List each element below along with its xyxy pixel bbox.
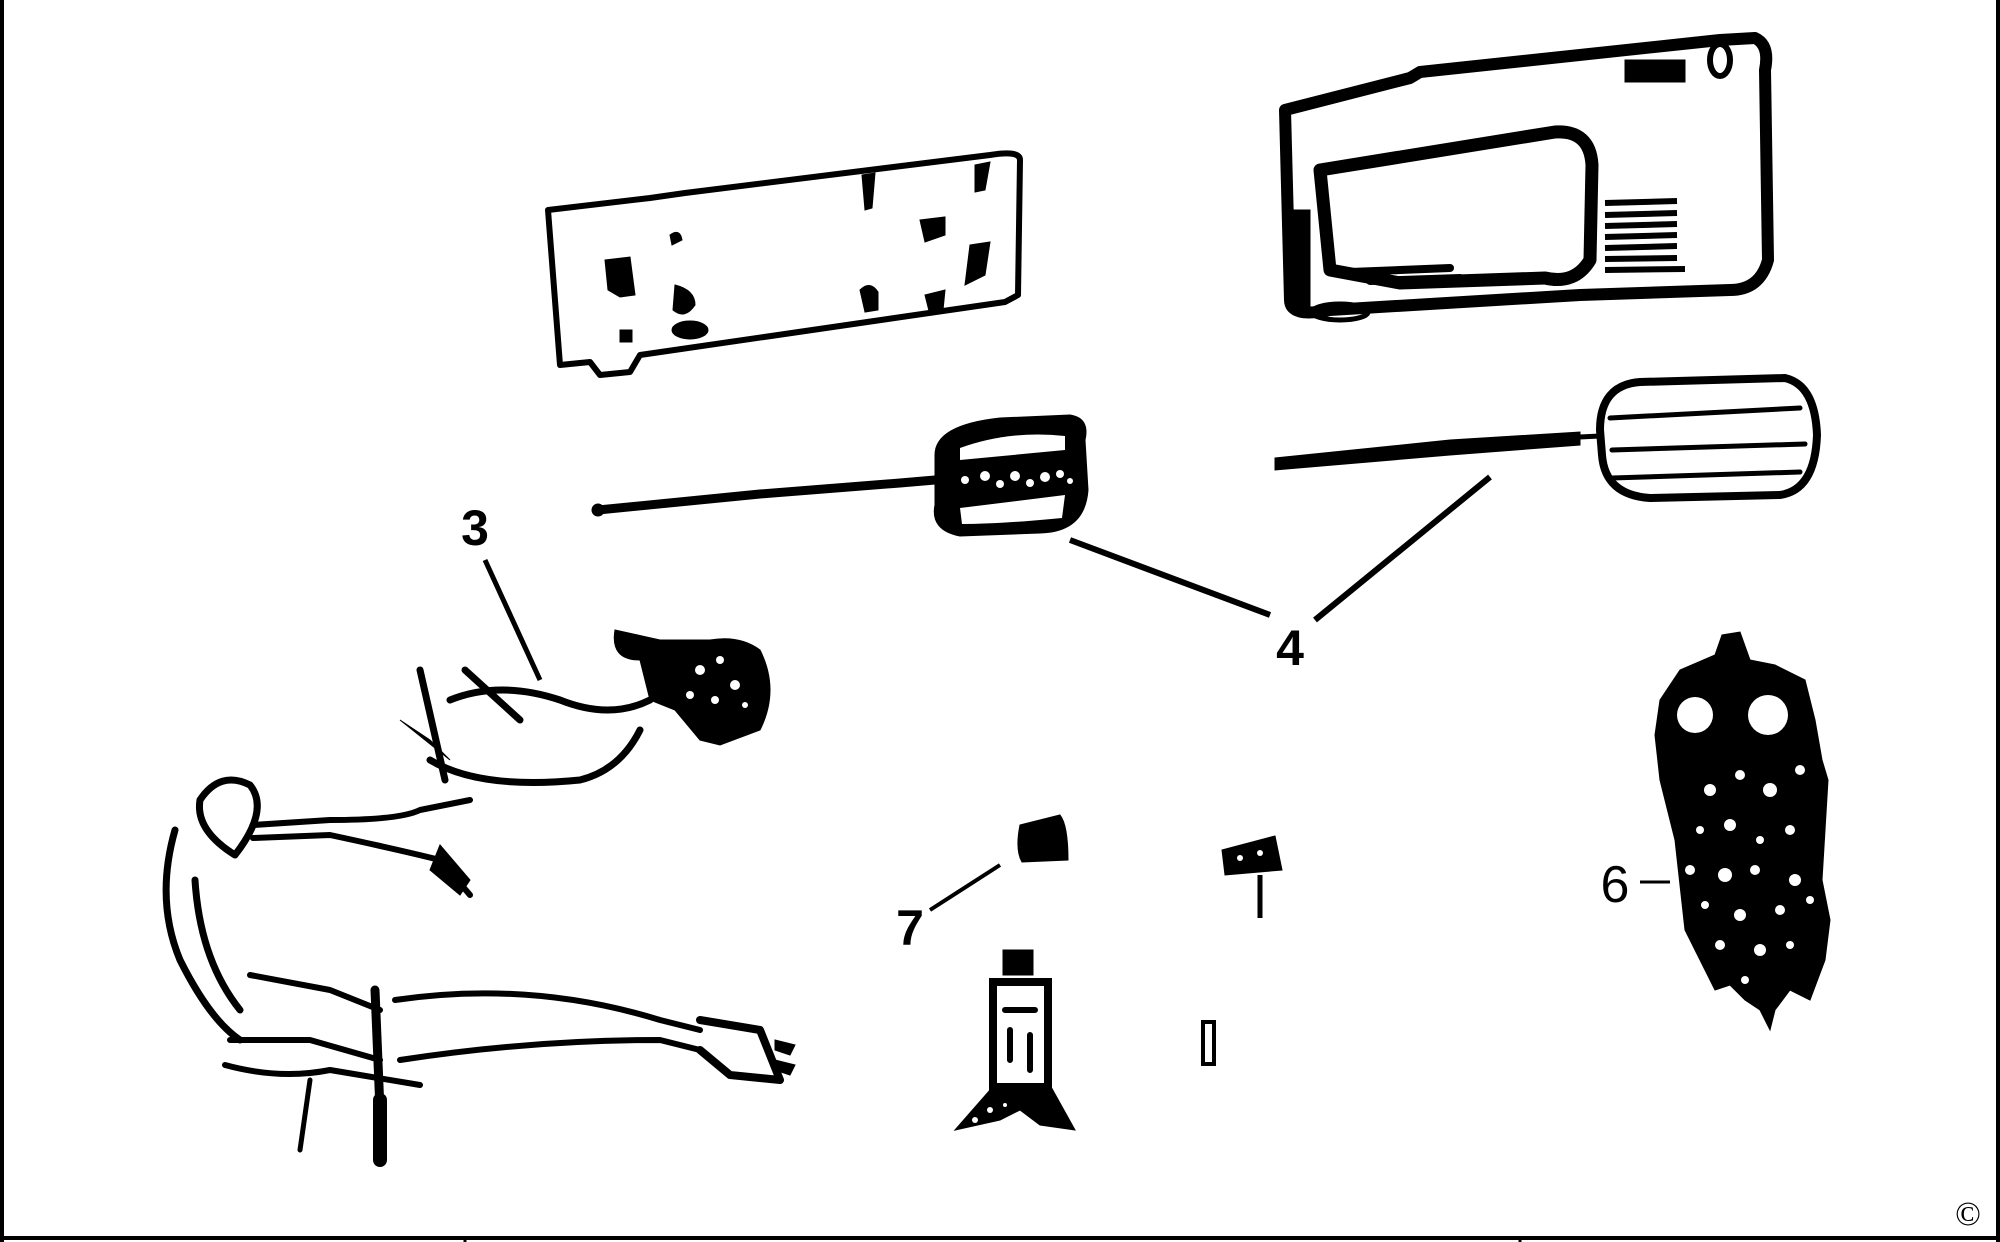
label-4: 4 bbox=[1276, 620, 1304, 676]
callout-3: 3 bbox=[461, 500, 540, 680]
callout-4: 4 bbox=[1070, 477, 1490, 676]
label-6: 6 bbox=[1601, 856, 1630, 914]
parts-diagram: 4 3 7 bbox=[0, 0, 2000, 1242]
label-3: 3 bbox=[461, 500, 489, 556]
front-plate-part bbox=[548, 153, 1020, 375]
copyright-mark: © bbox=[1955, 1196, 1981, 1233]
switch-assembly-part: 6 bbox=[1601, 632, 1830, 1030]
pin-part bbox=[1203, 1022, 1214, 1064]
housing-part bbox=[1285, 38, 1768, 320]
terminal-part bbox=[1222, 836, 1282, 918]
switch-body-part bbox=[955, 950, 1075, 1130]
beater-right-part bbox=[1275, 378, 1817, 498]
switch-knob-part: 7 bbox=[896, 815, 1068, 956]
diagram-canvas: 4 3 7 bbox=[0, 0, 2000, 1242]
power-cord-part bbox=[166, 630, 795, 1160]
beater-left-part bbox=[592, 415, 1088, 536]
label-7: 7 bbox=[896, 900, 924, 956]
